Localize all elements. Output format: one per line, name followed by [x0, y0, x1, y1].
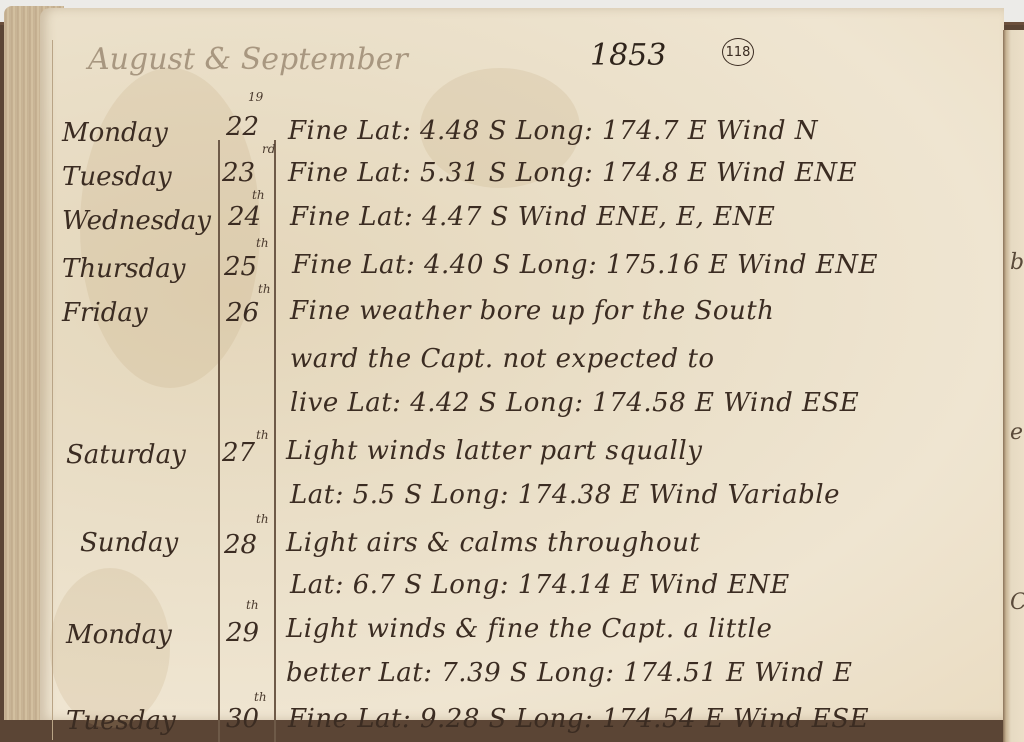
- page-number-badge: 118: [722, 38, 754, 66]
- log-entry-line: Light winds & fine the Capt. a little: [286, 614, 772, 644]
- log-entry-line: better Lat: 7.39 S Long: 174.51 E Wind E: [286, 658, 853, 688]
- top-note: 19: [248, 90, 263, 104]
- date-suffix: th: [246, 598, 259, 612]
- date-suffix: th: [258, 282, 271, 296]
- log-entry-line: Fine Lat: 9.28 S Long: 174.54 E Wind ESE: [288, 704, 869, 734]
- date-number: 23: [222, 158, 255, 188]
- date-number: 24: [228, 202, 261, 232]
- log-entry-line: Fine weather bore up for the South: [290, 296, 774, 326]
- day-label: Wednesday: [62, 206, 211, 236]
- date-number: 30: [226, 704, 259, 734]
- day-label: Friday: [62, 298, 148, 328]
- log-entry-line: Lat: 6.7 S Long: 174.14 E Wind ENE: [290, 570, 790, 600]
- date-number: 26: [226, 298, 259, 328]
- log-entry-line: Fine Lat: 4.47 S Wind ENE, E, ENE: [290, 202, 775, 232]
- log-entry-line: live Lat: 4.42 S Long: 174.58 E Wind ESE: [290, 388, 859, 418]
- day-label: Monday: [66, 620, 172, 650]
- date-suffix: th: [252, 188, 265, 202]
- day-label: Tuesday: [62, 162, 172, 192]
- log-entry-line: Light airs & calms throughout: [286, 528, 700, 558]
- date-suffix: th: [256, 512, 269, 526]
- day-label: Sunday: [80, 528, 178, 558]
- date-number: 25: [224, 252, 257, 282]
- log-entry-line: ward the Capt. not expected to: [290, 344, 715, 374]
- day-label: Saturday: [66, 440, 186, 470]
- date-number: 22: [226, 112, 259, 142]
- log-entry-line: Fine Lat: 4.48 S Long: 174.7 E Wind N: [288, 116, 818, 146]
- facing-page-fragment: b: [1010, 250, 1024, 275]
- day-label: Thursday: [62, 254, 185, 284]
- date-column-right-rule: [274, 140, 276, 742]
- date-suffix: th: [256, 428, 269, 442]
- date-suffix: th: [256, 236, 269, 250]
- facing-page-fragment: e: [1010, 420, 1023, 445]
- log-entry-line: Fine Lat: 4.40 S Long: 175.16 E Wind ENE: [292, 250, 878, 280]
- book-gutter: [1003, 30, 1024, 742]
- margin-rule: [52, 40, 53, 740]
- date-suffix: th: [254, 690, 267, 704]
- header-month-range: August & September: [88, 42, 408, 77]
- date-number: 27: [222, 438, 255, 468]
- date-number: 29: [226, 618, 259, 648]
- log-entry-line: Lat: 5.5 S Long: 174.38 E Wind Variable: [290, 480, 840, 510]
- log-entry-line: Fine Lat: 5.31 S Long: 174.8 E Wind ENE: [288, 158, 857, 188]
- date-number: 28: [224, 530, 257, 560]
- date-column-left-rule: [218, 140, 220, 742]
- date-suffix: rd: [262, 142, 275, 156]
- page-number: 118: [726, 45, 751, 60]
- facing-page-fragment: C: [1010, 590, 1024, 615]
- header-year: 1853: [590, 38, 666, 73]
- day-label: Monday: [62, 118, 168, 148]
- log-entry-line: Light winds latter part squally: [286, 436, 702, 466]
- day-label: Tuesday: [66, 706, 176, 736]
